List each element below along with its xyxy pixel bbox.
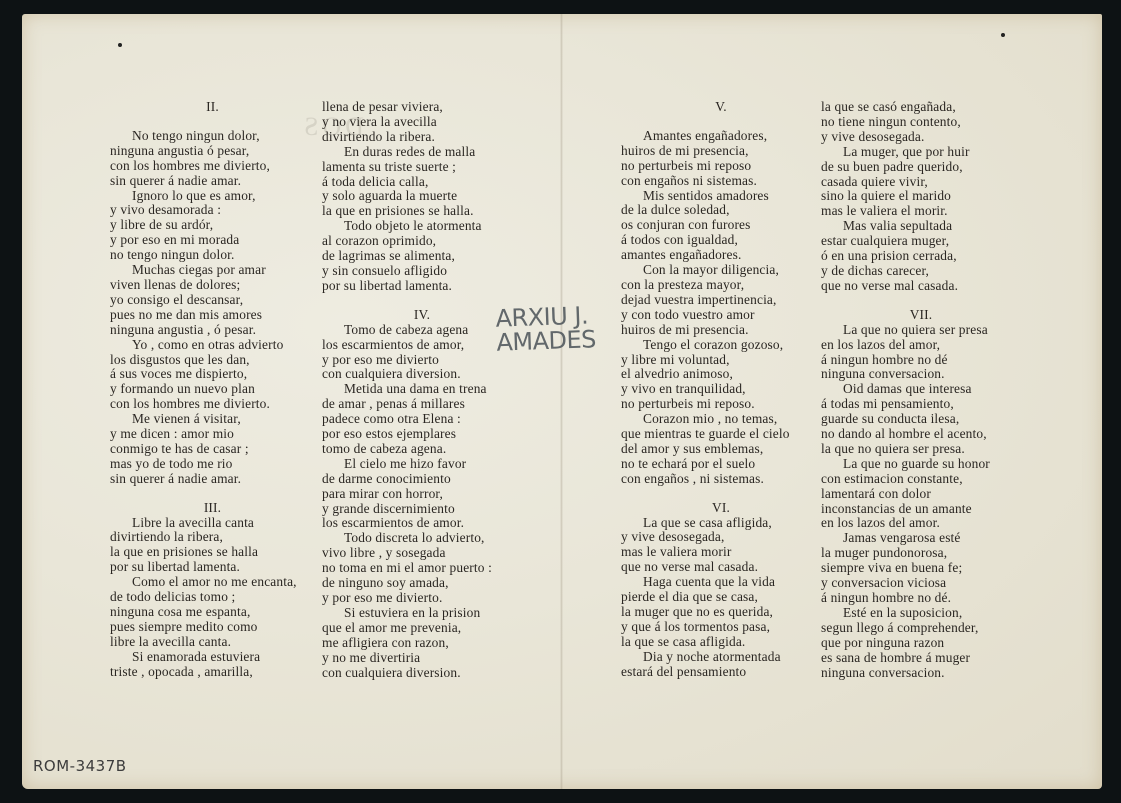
verse-line: divirtiendo la ribera, bbox=[110, 530, 315, 545]
center-fold bbox=[560, 14, 563, 789]
verse-line: en los lazos del amor, bbox=[821, 338, 1021, 353]
verse-line: con los hombres me divierto. bbox=[110, 397, 315, 412]
verse-line: casada quiere vivir, bbox=[821, 175, 1021, 190]
verse-line: para mirar con horror, bbox=[322, 487, 522, 502]
verse-line: del amor y sus emblemas, bbox=[621, 442, 821, 457]
verse-line: y vivo en tranquilidad, bbox=[621, 382, 821, 397]
verse-line: viven llenas de dolores; bbox=[110, 278, 315, 293]
verse-line: Con la mayor diligencia, bbox=[621, 263, 821, 278]
verse-line: La muger, que por huir bbox=[821, 145, 1021, 160]
verse-line: No tengo ningun dolor, bbox=[110, 129, 315, 144]
verse-line: con cualquiera diversion. bbox=[322, 367, 522, 382]
verse-line: por su libertad lamenta. bbox=[110, 560, 315, 575]
verse-line: en los lazos del amor. bbox=[821, 516, 1021, 531]
verse-line: triste , opocada , amarilla, bbox=[110, 665, 315, 680]
verse-line: y formando un nuevo plan bbox=[110, 382, 315, 397]
verse-line: los disgustos que les dan, bbox=[110, 353, 315, 368]
section-gap bbox=[110, 487, 315, 501]
verse-line: Corazon mio , no temas, bbox=[621, 412, 821, 427]
section-heading: III. bbox=[110, 501, 315, 516]
verse-line: Haga cuenta que la vida bbox=[621, 575, 821, 590]
verse-line: Dia y noche atormentada bbox=[621, 650, 821, 665]
verse-line: estar cualquiera muger, bbox=[821, 234, 1021, 249]
column-4: la que se casó engañada,no tiene ningun … bbox=[821, 100, 1021, 680]
verse-line: y grande discernimiento bbox=[322, 502, 522, 517]
verse-line: por su libertad lamenta. bbox=[322, 279, 522, 294]
verse-line: Amantes engañadores, bbox=[621, 129, 821, 144]
verse-line: y sin consuelo afligido bbox=[322, 264, 522, 279]
verse-line: á ningun hombre no dé. bbox=[821, 591, 1021, 606]
verse-line: El cielo me hizo favor bbox=[322, 457, 522, 472]
verse-line: y con todo vuestro amor bbox=[621, 308, 821, 323]
verse-line: lamenta su triste suerte ; bbox=[322, 160, 522, 175]
verse-line: de la dulce soledad, bbox=[621, 203, 821, 218]
verse-line: conmigo te has de casar ; bbox=[110, 442, 315, 457]
verse-line: vivo libre , y sosegada bbox=[322, 546, 522, 561]
section-heading: V. bbox=[621, 100, 821, 115]
verse-line: no toma en mi el amor puerto : bbox=[322, 561, 522, 576]
archive-stamp: ARXIU J. AMADES bbox=[495, 303, 596, 354]
stamp-line-2: AMADES bbox=[496, 327, 596, 354]
verse-line: me afligiera con razon, bbox=[322, 636, 522, 651]
verse-line: y libre mi voluntad, bbox=[621, 353, 821, 368]
verse-line: huiros de mi presencia, bbox=[621, 144, 821, 159]
verse-line: y libre de su ardór, bbox=[110, 218, 315, 233]
verse-line: y por eso me divierto bbox=[322, 353, 522, 368]
verse-line: de todo delicias tomo ; bbox=[110, 590, 315, 605]
verse-line: con los hombres me divierto, bbox=[110, 159, 315, 174]
verse-line: á todas mi pensamiento, bbox=[821, 397, 1021, 412]
verse-line: y por eso en mi morada bbox=[110, 233, 315, 248]
verse-line: dejad vuestra impertinencia, bbox=[621, 293, 821, 308]
verse-line: Muchas ciegas por amar bbox=[110, 263, 315, 278]
verse-line: no perturbeis mi reposo bbox=[621, 159, 821, 174]
verse-line: con cualquiera diversion. bbox=[322, 666, 522, 681]
verse-line: con estimacion constante, bbox=[821, 472, 1021, 487]
section-heading: IV. bbox=[322, 308, 522, 323]
verse-line: á toda delicia calla, bbox=[322, 175, 522, 190]
verse-line: Tomo de cabeza agena bbox=[322, 323, 522, 338]
verse-line: y por eso me divierto. bbox=[322, 591, 522, 606]
verse-line: amantes engañadores. bbox=[621, 248, 821, 263]
verse-line: Todo objeto le atormenta bbox=[322, 219, 522, 234]
verse-line: que por ninguna razon bbox=[821, 636, 1021, 651]
verse-line: no tiene ningun contento, bbox=[821, 115, 1021, 130]
verse-line: Oid damas que interesa bbox=[821, 382, 1021, 397]
verse-line: ninguna angustia ó pesar, bbox=[110, 144, 315, 159]
verse-line: y no viera la avecilla bbox=[322, 115, 522, 130]
column-1: II.No tengo ningun dolor,ninguna angusti… bbox=[110, 100, 315, 680]
verse-line: Libre la avecilla canta bbox=[110, 516, 315, 531]
verse-line: siempre viva en buena fe; bbox=[821, 561, 1021, 576]
verse-line: no tengo ningun dolor. bbox=[110, 248, 315, 263]
shelfmark-label: ROM-3437B bbox=[33, 757, 127, 775]
verse-line: Ignoro lo que es amor, bbox=[110, 189, 315, 204]
verse-line: huiros de mi presencia. bbox=[621, 323, 821, 338]
verse-line: ó en una prision cerrada, bbox=[821, 249, 1021, 264]
verse-line: á sus voces me dispierto, bbox=[110, 367, 315, 382]
section-gap bbox=[621, 115, 821, 129]
verse-line: los escarmientos de amor, bbox=[322, 338, 522, 353]
verse-line: os conjuran con furores bbox=[621, 218, 821, 233]
verse-line: la que se casó engañada, bbox=[821, 100, 1021, 115]
verse-line: con la presteza mayor, bbox=[621, 278, 821, 293]
verse-line: la que se casa afligida. bbox=[621, 635, 821, 650]
verse-line: de amar , penas á millares bbox=[322, 397, 522, 412]
verse-line: En duras redes de malla bbox=[322, 145, 522, 160]
section-gap bbox=[821, 294, 1021, 308]
verse-line: y me dicen : amor mio bbox=[110, 427, 315, 442]
section-heading: II. bbox=[110, 100, 315, 115]
verse-line: La que no quiera ser presa bbox=[821, 323, 1021, 338]
verse-line: ninguna conversacion. bbox=[821, 367, 1021, 382]
verse-line: padece como otra Elena : bbox=[322, 412, 522, 427]
verse-line: libre la avecilla canta. bbox=[110, 635, 315, 650]
verse-line: ninguna cosa me espanta, bbox=[110, 605, 315, 620]
verse-line: á todos con igualdad, bbox=[621, 233, 821, 248]
verse-line: tomo de cabeza agena. bbox=[322, 442, 522, 457]
verse-line: los escarmientos de amor. bbox=[322, 516, 522, 531]
verse-line: sin querer á nadie amar. bbox=[110, 472, 315, 487]
verse-line: llena de pesar viviera, bbox=[322, 100, 522, 115]
verse-line: la muger que no es querida, bbox=[621, 605, 821, 620]
verse-line: mas le valiera morir bbox=[621, 545, 821, 560]
verse-line: Si estuviera en la prision bbox=[322, 606, 522, 621]
verse-line: y conversacion viciosa bbox=[821, 576, 1021, 591]
verse-line: no dando al hombre el acento, bbox=[821, 427, 1021, 442]
verse-line: y solo aguarda la muerte bbox=[322, 189, 522, 204]
verse-line: á ningun hombre no dé bbox=[821, 353, 1021, 368]
verse-line: divirtiendo la ribera. bbox=[322, 130, 522, 145]
verse-line: pues siempre medito como bbox=[110, 620, 315, 635]
verse-line: yo consigo el descansar, bbox=[110, 293, 315, 308]
verse-line: que mientras te guarde el cielo bbox=[621, 427, 821, 442]
section-heading: VI. bbox=[621, 501, 821, 516]
verse-line: y no me divertiria bbox=[322, 651, 522, 666]
verse-line: mas yo de todo me rio bbox=[110, 457, 315, 472]
verse-line: y de dichas carecer, bbox=[821, 264, 1021, 279]
verse-line: lamentará con dolor bbox=[821, 487, 1021, 502]
verse-line: de darme conocimiento bbox=[322, 472, 522, 487]
section-gap bbox=[110, 115, 315, 129]
section-heading: VII. bbox=[821, 308, 1021, 323]
pinhole-left bbox=[118, 43, 122, 47]
verse-line: Mas valia sepultada bbox=[821, 219, 1021, 234]
section-gap bbox=[322, 294, 522, 308]
verse-line: que el amor me prevenia, bbox=[322, 621, 522, 636]
verse-line: sino la quiere el marido bbox=[821, 189, 1021, 204]
column-3: V.Amantes engañadores,huiros de mi prese… bbox=[621, 100, 821, 680]
verse-line: Esté en la suposicion, bbox=[821, 606, 1021, 621]
verse-line: de lagrimas se alimenta, bbox=[322, 249, 522, 264]
verse-line: segun llego á comprehender, bbox=[821, 621, 1021, 636]
verse-line: la que en prisiones se halla. bbox=[322, 204, 522, 219]
verse-line: la que no quiera ser presa. bbox=[821, 442, 1021, 457]
verse-line: es sana de hombre á muger bbox=[821, 651, 1021, 666]
verse-line: con engaños ni sistemas. bbox=[621, 174, 821, 189]
verse-line: mas le valiera el morir. bbox=[821, 204, 1021, 219]
section-gap bbox=[621, 487, 821, 501]
verse-line: Como el amor no me encanta, bbox=[110, 575, 315, 590]
verse-line: Me vienen á visitar, bbox=[110, 412, 315, 427]
verse-line: de ninguno soy amada, bbox=[322, 576, 522, 591]
verse-line: estará del pensamiento bbox=[621, 665, 821, 680]
verse-line: de su buen padre querido, bbox=[821, 160, 1021, 175]
verse-line: y vive desosegada, bbox=[621, 530, 821, 545]
verse-line: que no verse mal casada. bbox=[821, 279, 1021, 294]
verse-line: la muger pundonorosa, bbox=[821, 546, 1021, 561]
verse-line: guarde su conducta ilesa, bbox=[821, 412, 1021, 427]
column-2: llena de pesar viviera,y no viera la ave… bbox=[322, 100, 522, 680]
verse-line: la que en prisiones se halla bbox=[110, 545, 315, 560]
verse-line: inconstancias de un amante bbox=[821, 502, 1021, 517]
verse-line: por eso estos ejemplares bbox=[322, 427, 522, 442]
verse-line: pierde el dia que se casa, bbox=[621, 590, 821, 605]
verse-line: pues no me dan mis amores bbox=[110, 308, 315, 323]
verse-line: ninguna angustia , ó pesar. bbox=[110, 323, 315, 338]
verse-line: y vive desosegada. bbox=[821, 130, 1021, 145]
verse-line: con engaños , ni sistemas. bbox=[621, 472, 821, 487]
verse-line: Si enamorada estuviera bbox=[110, 650, 315, 665]
verse-line: Mis sentidos amadores bbox=[621, 189, 821, 204]
verse-line: Jamas vengarosa esté bbox=[821, 531, 1021, 546]
verse-line: ninguna conversacion. bbox=[821, 666, 1021, 681]
verse-line: y que á los tormentos pasa, bbox=[621, 620, 821, 635]
pinhole-right bbox=[1001, 33, 1005, 37]
verse-line: La que no guarde su honor bbox=[821, 457, 1021, 472]
verse-line: que no verse mal casada. bbox=[621, 560, 821, 575]
verse-line: y vivo desamorada : bbox=[110, 203, 315, 218]
verse-line: al corazon oprimido, bbox=[322, 234, 522, 249]
verse-line: Todo discreta lo advierto, bbox=[322, 531, 522, 546]
verse-line: no perturbeis mi reposo. bbox=[621, 397, 821, 412]
verse-line: no te echará por el suelo bbox=[621, 457, 821, 472]
verse-line: sin querer á nadie amar. bbox=[110, 174, 315, 189]
verse-line: el alvedrio animoso, bbox=[621, 367, 821, 382]
verse-line: Yo , como en otras advierto bbox=[110, 338, 315, 353]
verse-line: Metida una dama en trena bbox=[322, 382, 522, 397]
verse-line: La que se casa afligida, bbox=[621, 516, 821, 531]
verse-line: Tengo el corazon gozoso, bbox=[621, 338, 821, 353]
